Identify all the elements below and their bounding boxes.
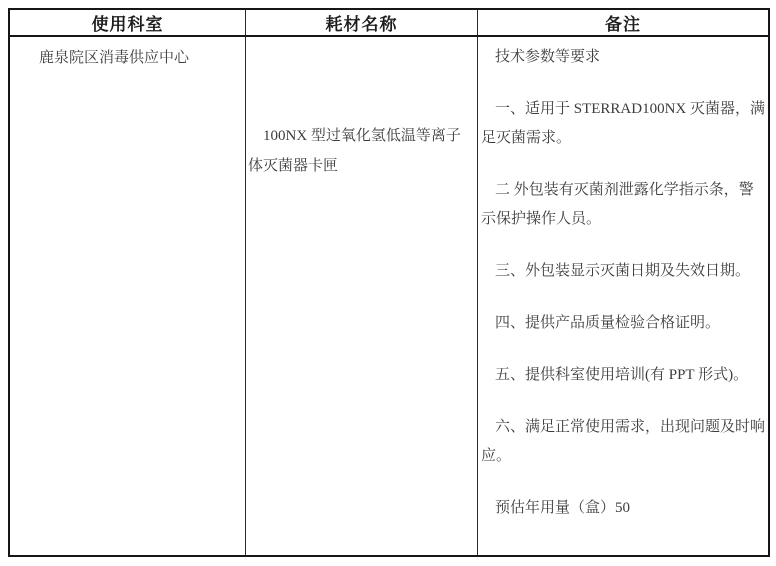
header-label-consumable: 耗材名称: [326, 10, 398, 35]
consumables-table: 使用科室 耗材名称 备注 鹿泉院区消毒供应中心 100NX 型过氧化氢低温等离子…: [8, 8, 770, 557]
remark-item-2: 二 外包装有灭菌剂泄露化学指示条，警示保护操作人员。: [481, 176, 766, 234]
department-text: 鹿泉院区消毒供应中心: [39, 44, 239, 73]
document-page: 使用科室 耗材名称 备注 鹿泉院区消毒供应中心 100NX 型过氧化氢低温等离子…: [0, 0, 776, 566]
remark-item-4: 四、提供产品质量检验合格证明。: [481, 309, 766, 338]
remark-title: 技术参数等要求: [481, 43, 766, 72]
remark-item-6: 六、满足正常使用需求，出现问题及时响应。: [481, 413, 766, 471]
remark-item-5: 五、提供科室使用培训(有 PPT 形式)。: [481, 361, 766, 390]
remark-item-1: 一、适用于 STERRAD100NX 灭菌器，满足灭菌需求。: [481, 95, 766, 153]
header-cell-remarks: 备注: [478, 10, 768, 37]
header-cell-consumable: 耗材名称: [246, 10, 478, 37]
header-label-department: 使用科室: [92, 10, 164, 35]
remark-annual-usage: 预估年用量（盒）50: [481, 494, 766, 523]
cell-department: 鹿泉院区消毒供应中心: [10, 37, 246, 555]
cell-remarks: 技术参数等要求 一、适用于 STERRAD100NX 灭菌器，满足灭菌需求。 二…: [478, 37, 768, 555]
header-cell-department: 使用科室: [10, 10, 246, 37]
header-label-remarks: 备注: [605, 10, 641, 35]
remark-item-3: 三、外包装显示灭菌日期及失效日期。: [481, 257, 766, 286]
consumable-name-text: 100NX 型过氧化氢低温等离子体灭菌器卡匣: [248, 121, 473, 181]
cell-consumable: 100NX 型过氧化氢低温等离子体灭菌器卡匣: [246, 37, 478, 555]
